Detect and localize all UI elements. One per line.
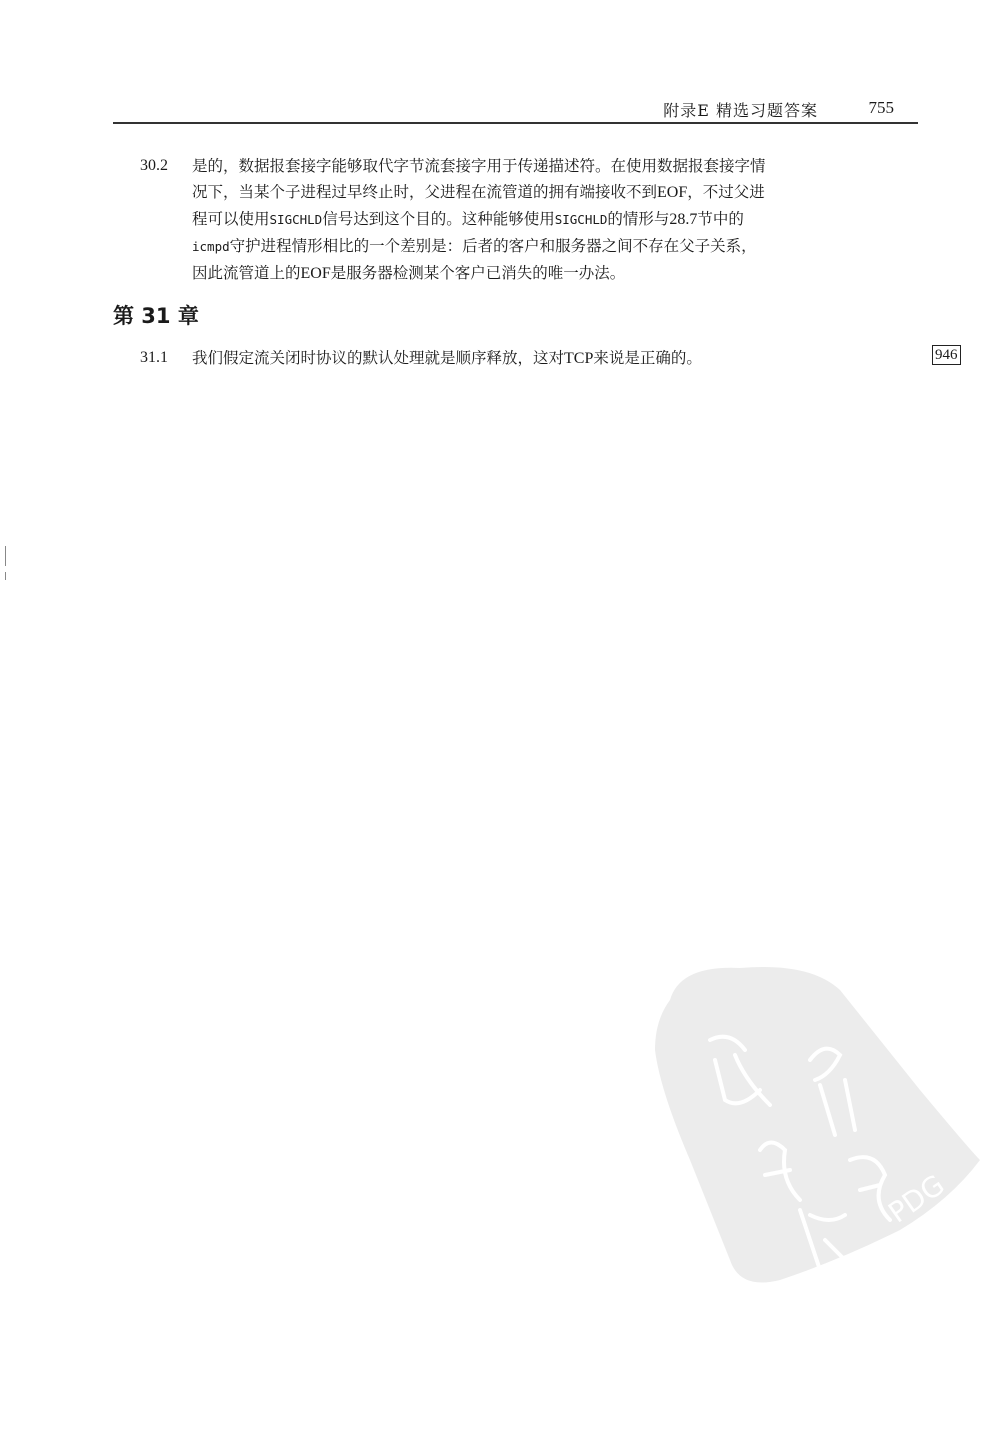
text-run: 因此流管道上的 — [192, 264, 301, 282]
text-run: 是的，数据报套接字能够取代字节流套接字用于传递描述符。在使用数据报套接字情 — [192, 157, 766, 175]
chapter-heading: 第 31 章 — [113, 300, 199, 330]
text-run: ，不过父进 — [687, 183, 765, 201]
answer-line: 我们假定流关闭时协议的默认处理就是顺序释放，这对TCP来说是正确的。 — [192, 345, 920, 372]
text-run: EOF — [657, 184, 687, 201]
watermark-seal: PDG — [650, 960, 980, 1290]
binding-mark — [5, 572, 6, 580]
binding-mark — [5, 546, 6, 566]
text-run: 程可以使用 — [192, 210, 270, 228]
text-run: 是服务器检测某个客户已消失的唯一办法。 — [331, 264, 626, 282]
answer-line: 况下，当某个子进程过早终止时，父进程在流管道的拥有端接收不到EOF，不过父进 — [192, 179, 920, 206]
running-header: 附录E 精选习题答案 755 — [113, 96, 918, 124]
code-identifier: SIGCHLD — [270, 212, 323, 227]
text-run: 的情形与 — [607, 210, 669, 228]
answer-line: icmpd守护进程情形相比的一个差别是：后者的客户和服务器之间不存在父子关系， — [192, 233, 920, 260]
header-rule — [113, 122, 918, 124]
answer-30-2: 30.2 是的，数据报套接字能够取代字节流套接字用于传递描述符。在使用数据报套接… — [140, 153, 920, 287]
text-run: EOF — [301, 265, 331, 282]
text-run: 我们假定流关闭时协议的默认处理就是顺序释放，这对 — [192, 349, 564, 367]
answer-body: 我们假定流关闭时协议的默认处理就是顺序释放，这对TCP来说是正确的。 — [192, 345, 920, 372]
seal-icon: PDG — [650, 960, 980, 1290]
answer-line: 程可以使用SIGCHLD信号达到这个目的。这种能够使用SIGCHLD的情形与28… — [192, 206, 920, 233]
text-run: 信号达到这个目的。这种能够使用 — [322, 210, 555, 228]
answer-number: 31.1 — [140, 345, 168, 371]
text-run: 来说是正确的。 — [593, 349, 702, 367]
answer-number: 30.2 — [140, 153, 168, 179]
answer-line: 因此流管道上的EOF是服务器检测某个客户已消失的唯一办法。 — [192, 260, 920, 287]
text-run: 28.7 — [669, 211, 697, 228]
code-identifier: icmpd — [192, 239, 230, 254]
text-run: 况下，当某个子进程过早终止时，父进程在流管道的拥有端接收不到 — [192, 183, 657, 201]
margin-page-reference: 946 — [932, 345, 961, 365]
answer-line: 是的，数据报套接字能够取代字节流套接字用于传递描述符。在使用数据报套接字情 — [192, 153, 920, 179]
header-section-title: 附录E 精选习题答案 — [663, 98, 818, 121]
text-run: TCP — [564, 350, 593, 367]
code-identifier: SIGCHLD — [555, 212, 608, 227]
text-run: 节中的 — [697, 210, 744, 228]
header-page-number: 755 — [869, 98, 895, 118]
answer-31-1: 31.1 我们假定流关闭时协议的默认处理就是顺序释放，这对TCP来说是正确的。 — [140, 345, 920, 372]
answer-body: 是的，数据报套接字能够取代字节流套接字用于传递描述符。在使用数据报套接字情况下，… — [192, 153, 920, 287]
text-run: 守护进程情形相比的一个差别是：后者的客户和服务器之间不存在父子关系， — [230, 237, 757, 255]
